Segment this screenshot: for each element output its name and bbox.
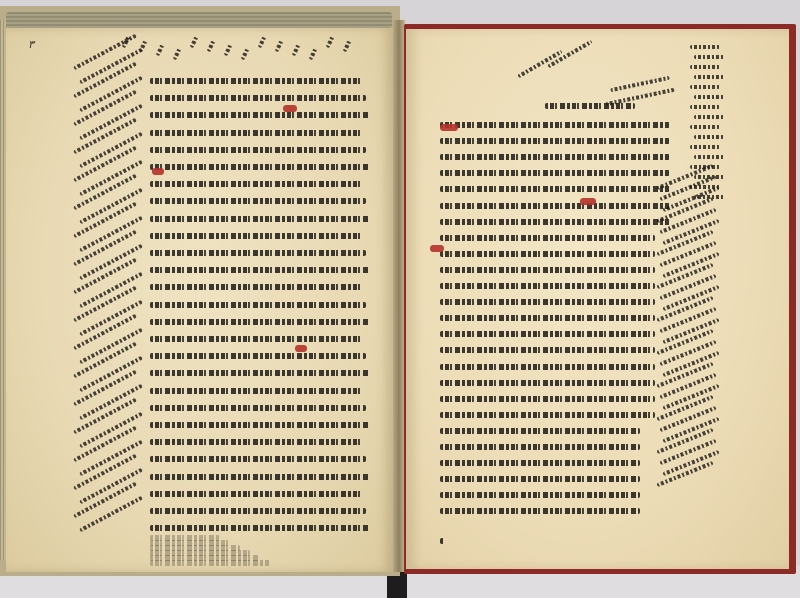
script-line — [440, 235, 655, 241]
script-line — [150, 302, 366, 308]
script-line — [440, 428, 640, 434]
script-line — [150, 250, 366, 256]
script-line — [150, 319, 370, 325]
script-line — [694, 135, 724, 139]
script-line — [150, 508, 366, 514]
script-line — [440, 476, 640, 482]
script-line — [440, 396, 655, 402]
script-line — [694, 155, 724, 159]
script-line — [440, 315, 655, 321]
script-line — [150, 353, 366, 359]
script-line — [150, 181, 362, 187]
script-line — [690, 125, 720, 129]
script-line — [150, 474, 370, 480]
script-line — [150, 525, 370, 531]
script-line — [440, 219, 670, 225]
script-line — [150, 491, 362, 497]
rubric-mark — [152, 168, 164, 175]
script-line — [150, 284, 362, 290]
script-line — [694, 95, 724, 99]
script-line — [440, 170, 670, 176]
script-line — [150, 439, 362, 445]
script-line — [150, 233, 362, 239]
script-line — [150, 336, 362, 342]
script-line — [440, 347, 655, 353]
script-line — [690, 65, 720, 69]
rubric-mark — [580, 198, 596, 205]
script-line — [440, 154, 670, 160]
page-number: ٣ — [28, 38, 34, 51]
rubric-mark — [283, 105, 297, 112]
script-line — [440, 460, 640, 466]
script-line — [150, 112, 370, 118]
script-line — [690, 85, 720, 89]
script-line — [150, 456, 366, 462]
script-line — [440, 412, 655, 418]
script-line — [150, 164, 370, 170]
script-line — [440, 251, 655, 257]
script-line — [545, 103, 635, 109]
script-line — [440, 364, 655, 370]
script-line — [690, 45, 720, 49]
script-line — [440, 267, 655, 273]
script-line — [150, 198, 366, 204]
rubric-mark — [440, 124, 458, 131]
script-line — [690, 105, 720, 109]
script-line — [440, 380, 655, 386]
script-line — [150, 216, 370, 222]
top-page-edges — [6, 12, 392, 28]
script-line — [150, 422, 370, 428]
rubric-mark — [430, 245, 444, 252]
script-line — [694, 75, 724, 79]
script-line — [440, 138, 670, 144]
script-line — [150, 370, 370, 376]
script-line — [440, 492, 640, 498]
script-line — [150, 405, 366, 411]
script-line — [150, 267, 370, 273]
script-line — [440, 203, 670, 209]
script-line — [150, 78, 362, 84]
script-line — [440, 186, 670, 192]
script-line — [440, 299, 655, 305]
script-line — [694, 115, 724, 119]
script-line — [150, 388, 362, 394]
script-line — [440, 508, 640, 514]
script-line — [440, 283, 655, 289]
script-line — [440, 122, 670, 128]
script-line — [150, 560, 270, 566]
script-line — [690, 145, 720, 149]
script-line — [440, 444, 640, 450]
script-line — [150, 130, 362, 136]
script-line — [150, 147, 366, 153]
rubric-mark — [295, 345, 307, 352]
script-line — [694, 55, 724, 59]
script-line — [440, 538, 444, 544]
script-line — [150, 95, 366, 101]
script-line — [440, 331, 655, 337]
